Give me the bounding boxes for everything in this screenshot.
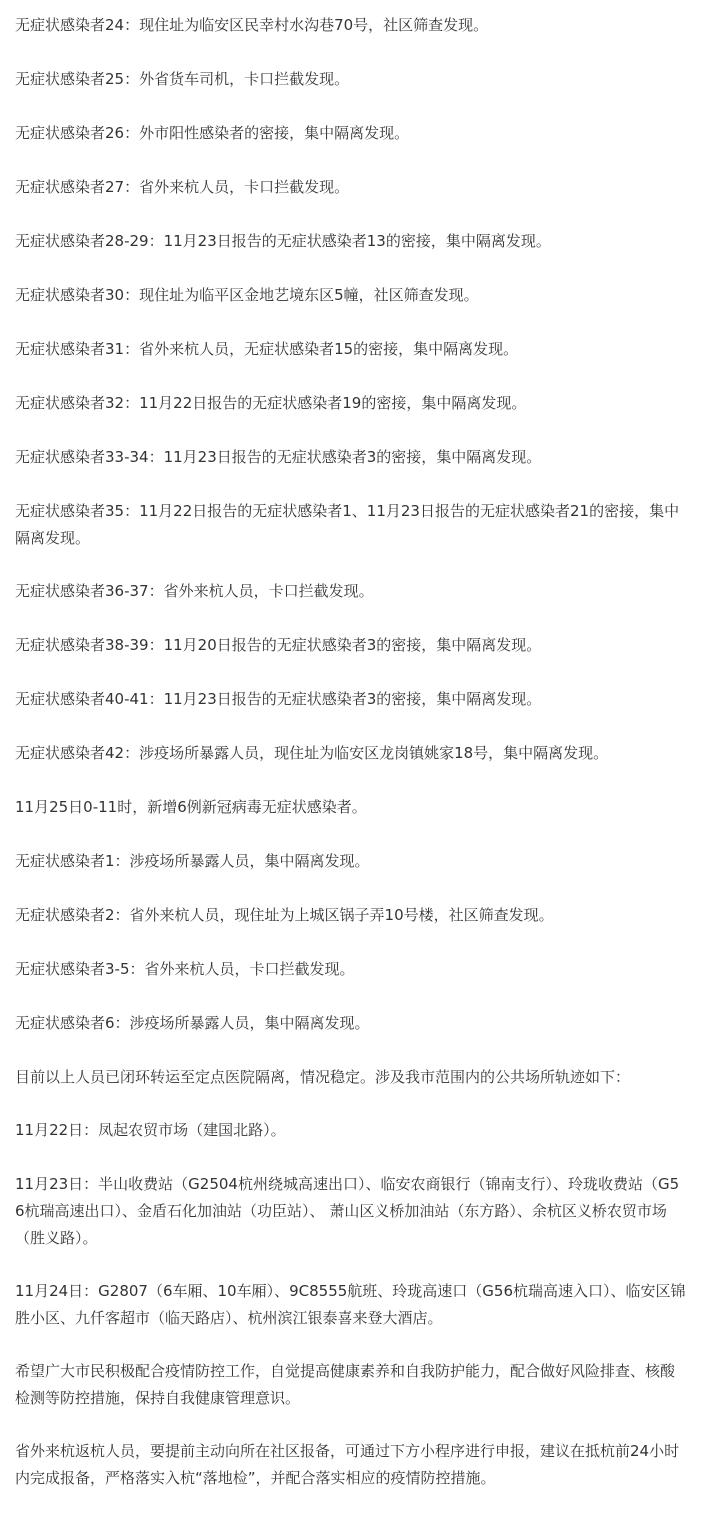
case-paragraph: 无症状感染者28-29：11月23日报告的无症状感染者13的密接，集中隔离发现。: [15, 228, 687, 255]
case-paragraph: 无症状感染者24：现住址为临安区民幸村水沟巷70号，社区筛查发现。: [15, 12, 687, 39]
case-paragraph: 无症状感染者3-5：省外来杭人员，卡口拦截发现。: [15, 956, 687, 983]
case-paragraph: 无症状感染者36-37：省外来杭人员，卡口拦截发现。: [15, 578, 687, 605]
summary-paragraph: 11月25日0-11时，新增6例新冠病毒无症状感染者。: [15, 794, 687, 821]
case-paragraph: 无症状感染者32：11月22日报告的无症状感染者19的密接，集中隔离发现。: [15, 390, 687, 417]
case-paragraph: 无症状感染者38-39：11月20日报告的无症状感染者3的密接，集中隔离发现。: [15, 632, 687, 659]
case-paragraph: 无症状感染者35：11月22日报告的无症状感染者1、11月23日报告的无症状感染…: [15, 498, 687, 552]
case-paragraph: 无症状感染者1：涉疫场所暴露人员，集中隔离发现。: [15, 848, 687, 875]
advice-paragraph: 希望广大市民积极配合疫情防控工作，自觉提高健康素养和自我防护能力，配合做好风险排…: [15, 1358, 687, 1412]
case-paragraph: 无症状感染者30：现住址为临平区金地艺境东区5幢，社区筛查发现。: [15, 282, 687, 309]
status-paragraph: 目前以上人员已闭环转运至定点医院隔离，情况稳定。涉及我市范围内的公共场所轨迹如下…: [15, 1064, 687, 1091]
case-paragraph: 无症状感染者33-34：11月23日报告的无症状感染者3的密接，集中隔离发现。: [15, 444, 687, 471]
article-body: 无症状感染者24：现住址为临安区民幸村水沟巷70号，社区筛查发现。 无症状感染者…: [0, 0, 702, 1492]
trajectory-paragraph: 11月23日：半山收费站（G2504杭州绕城高速出口）、临安农商银行（锦南支行）…: [15, 1171, 687, 1252]
case-paragraph: 无症状感染者42：涉疫场所暴露人员，现住址为临安区龙岗镇姚家18号，集中隔离发现…: [15, 740, 687, 767]
case-paragraph: 无症状感染者2：省外来杭人员，现住址为上城区锅子弄10号楼，社区筛查发现。: [15, 902, 687, 929]
case-paragraph: 无症状感染者26：外市阳性感染者的密接，集中隔离发现。: [15, 120, 687, 147]
trajectory-paragraph: 11月22日：凤起农贸市场（建国北路）。: [15, 1117, 687, 1144]
case-paragraph: 无症状感染者25：外省货车司机，卡口拦截发现。: [15, 66, 687, 93]
case-paragraph: 无症状感染者27：省外来杭人员，卡口拦截发现。: [15, 174, 687, 201]
advice-paragraph: 省外来杭返杭人员，要提前主动向所在社区报备，可通过下方小程序进行申报，建议在抵杭…: [15, 1438, 687, 1492]
case-paragraph: 无症状感染者31：省外来杭人员，无症状感染者15的密接，集中隔离发现。: [15, 336, 687, 363]
case-paragraph: 无症状感染者6：涉疫场所暴露人员，集中隔离发现。: [15, 1010, 687, 1037]
case-paragraph: 无症状感染者40-41：11月23日报告的无症状感染者3的密接，集中隔离发现。: [15, 686, 687, 713]
trajectory-paragraph: 11月24日：G2807（6车厢、10车厢）、9C8555航班、玲珑高速口（G5…: [15, 1278, 687, 1332]
